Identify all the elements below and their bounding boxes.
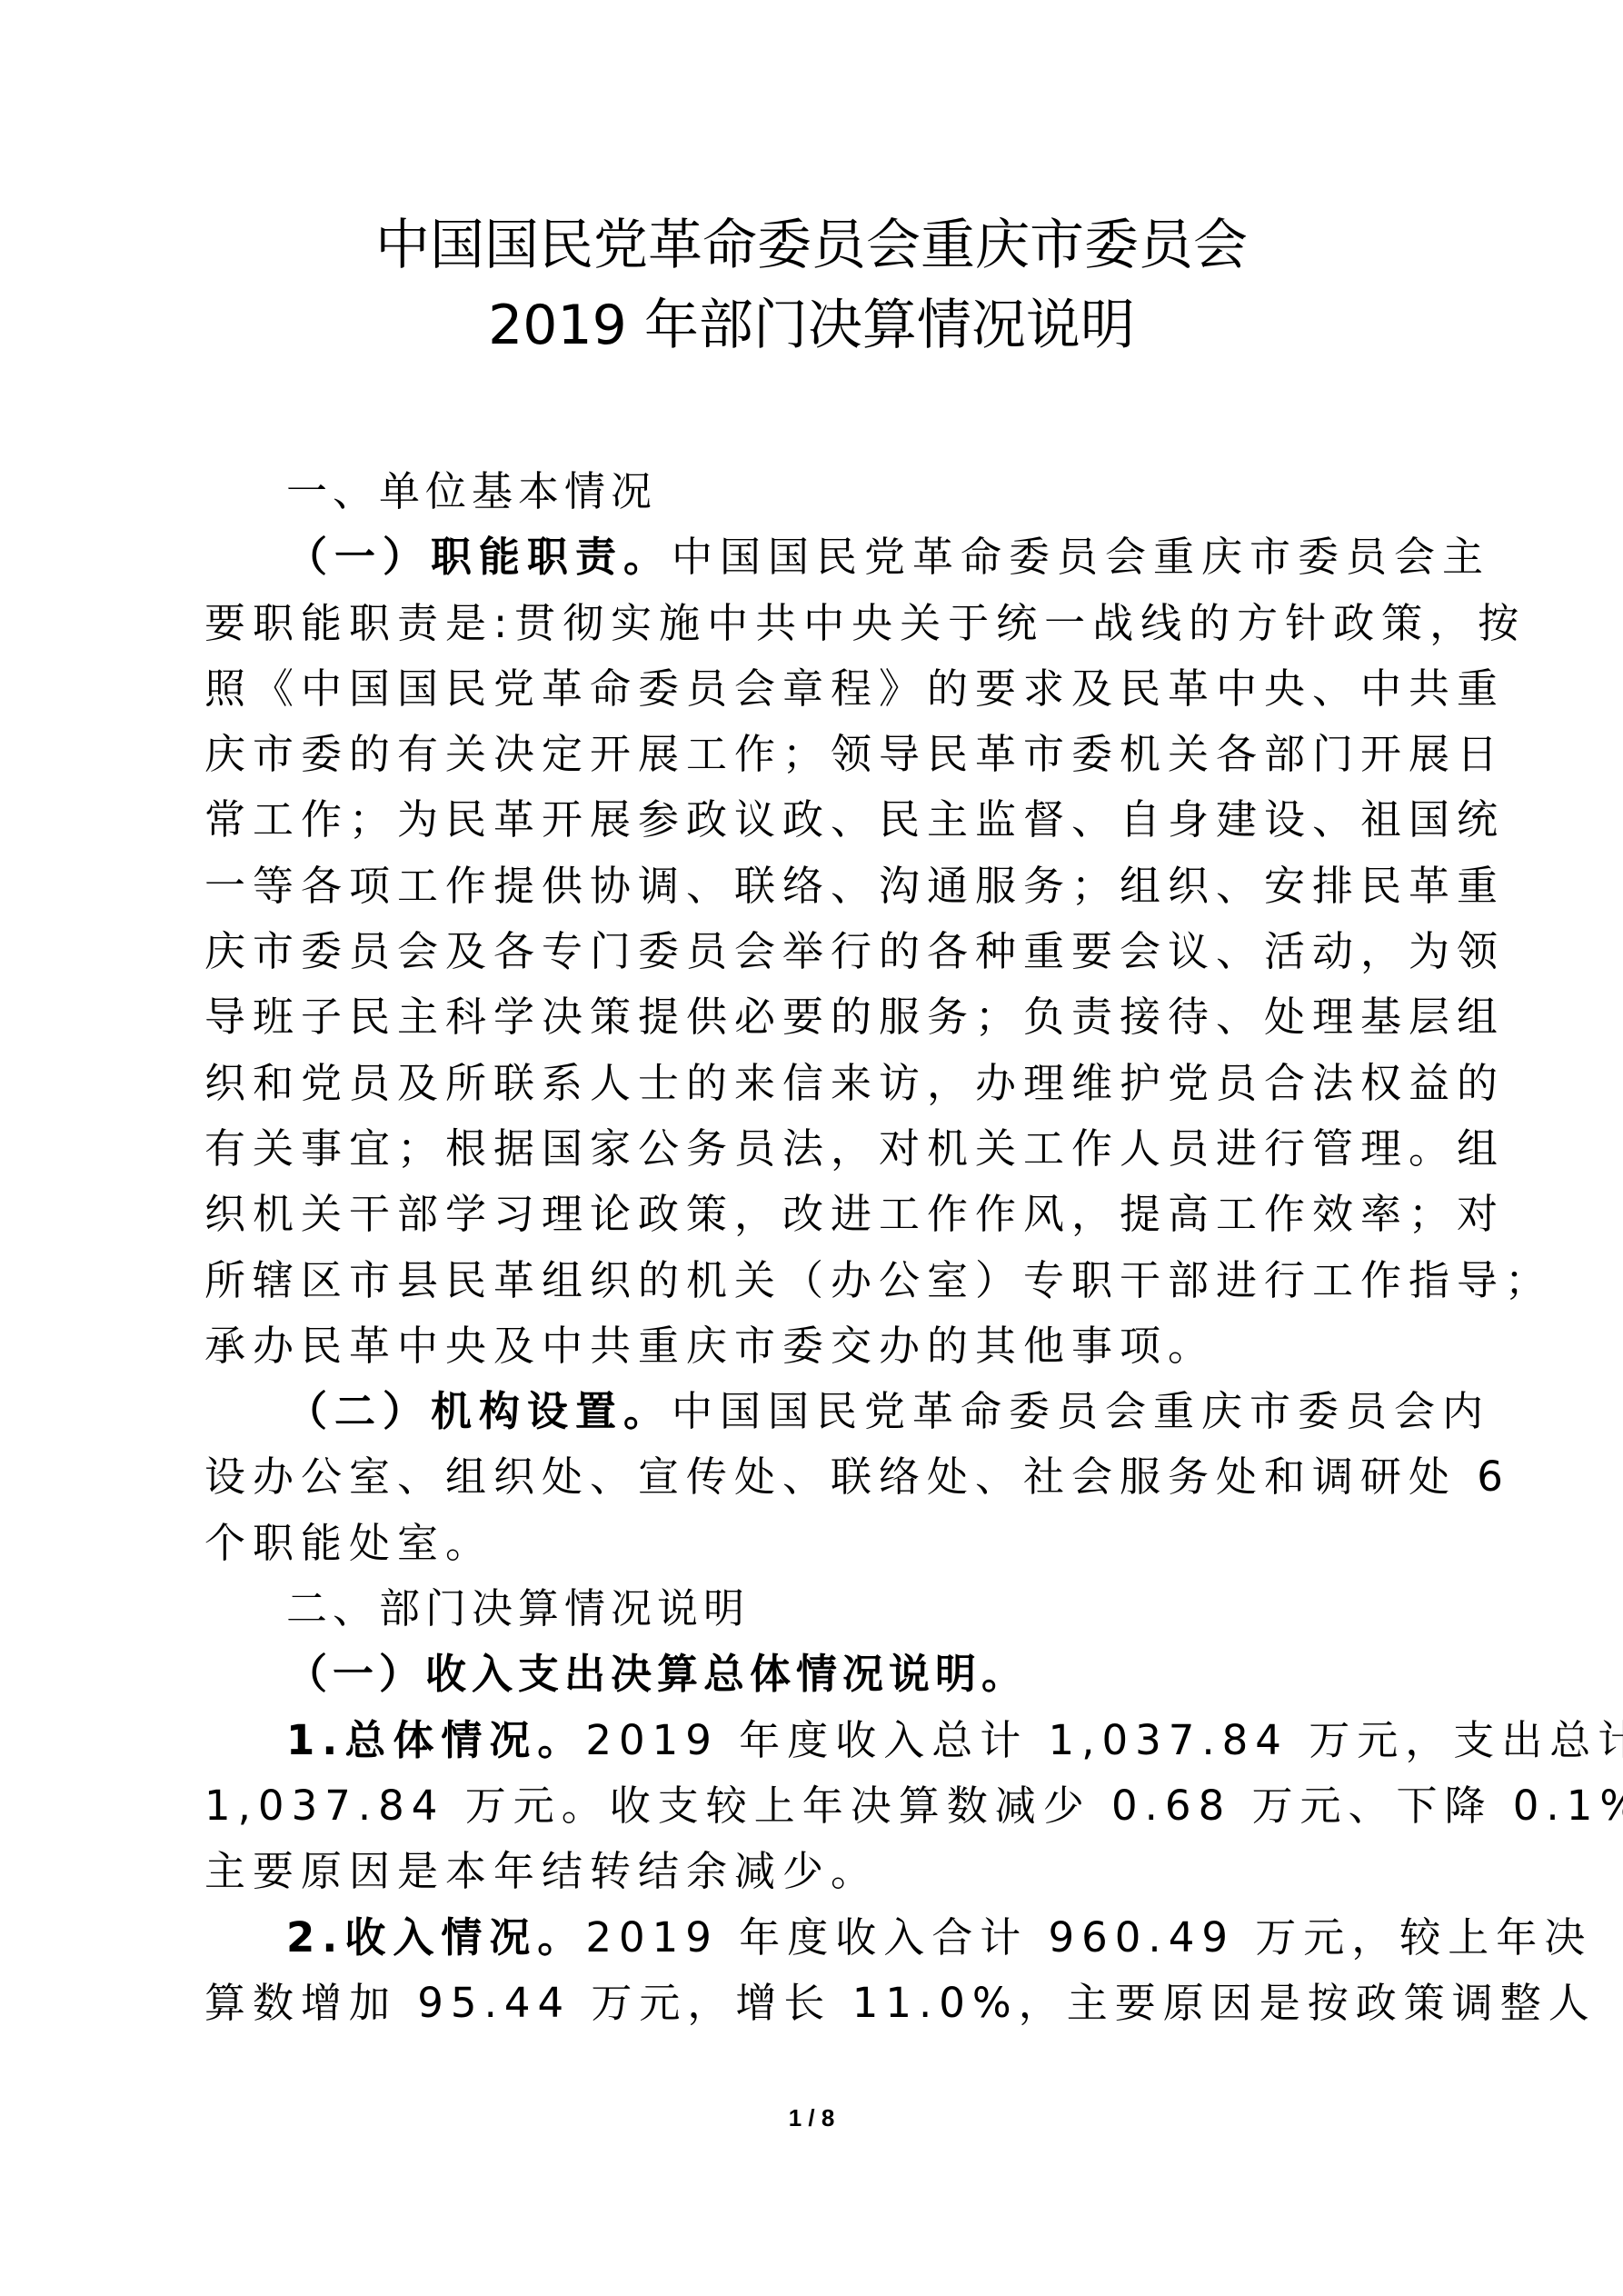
paragraph-lead-overall: 1.总体情况。	[286, 1716, 585, 1764]
paragraph-lead-income: 2.收入情况。	[286, 1913, 585, 1962]
document-title-line-2: 2019 年部门决算情况说明	[0, 289, 1623, 362]
paragraph-organization: （二）机构设置。中国国民党革命委员会重庆市委员会内 设办公室、组织处、宣传处、联…	[204, 1379, 1397, 1576]
section-heading-basic-info: 一、单位基本情况	[204, 459, 1397, 524]
section-heading-final-accounts: 二、部门决算情况说明	[204, 1576, 1397, 1642]
paragraph-lead-organization: （二）机构设置。	[286, 1387, 672, 1435]
document-body: 一、单位基本情况 （一）职能职责。中国国民党革命委员会重庆市委员会主 要职能职责…	[204, 459, 1397, 2036]
paragraph-income: 2.收入情况。2019 年度收入合计 960.49 万元，较上年决 算数增加 9…	[204, 1905, 1397, 2037]
page-number: 1 / 8	[0, 2104, 1623, 2131]
document-page: 中国国民党革命委员会重庆市委员会 2019 年部门决算情况说明 一、单位基本情况…	[0, 0, 1623, 2296]
paragraph-functions-duties: （一）职能职责。中国国民党革命委员会重庆市委员会主 要职能职责是:贯彻实施中共中…	[204, 524, 1397, 1379]
paragraph-overall: 1.总体情况。2019 年度收入总计 1,037.84 万元，支出总计 1,03…	[204, 1708, 1397, 1905]
subsection-heading-income-expense: （一）收入支出决算总体情况说明。	[204, 1642, 1397, 1707]
paragraph-lead-functions: （一）职能职责。	[286, 533, 672, 581]
document-title-line-1: 中国国民党革命委员会重庆市委员会	[0, 209, 1623, 282]
